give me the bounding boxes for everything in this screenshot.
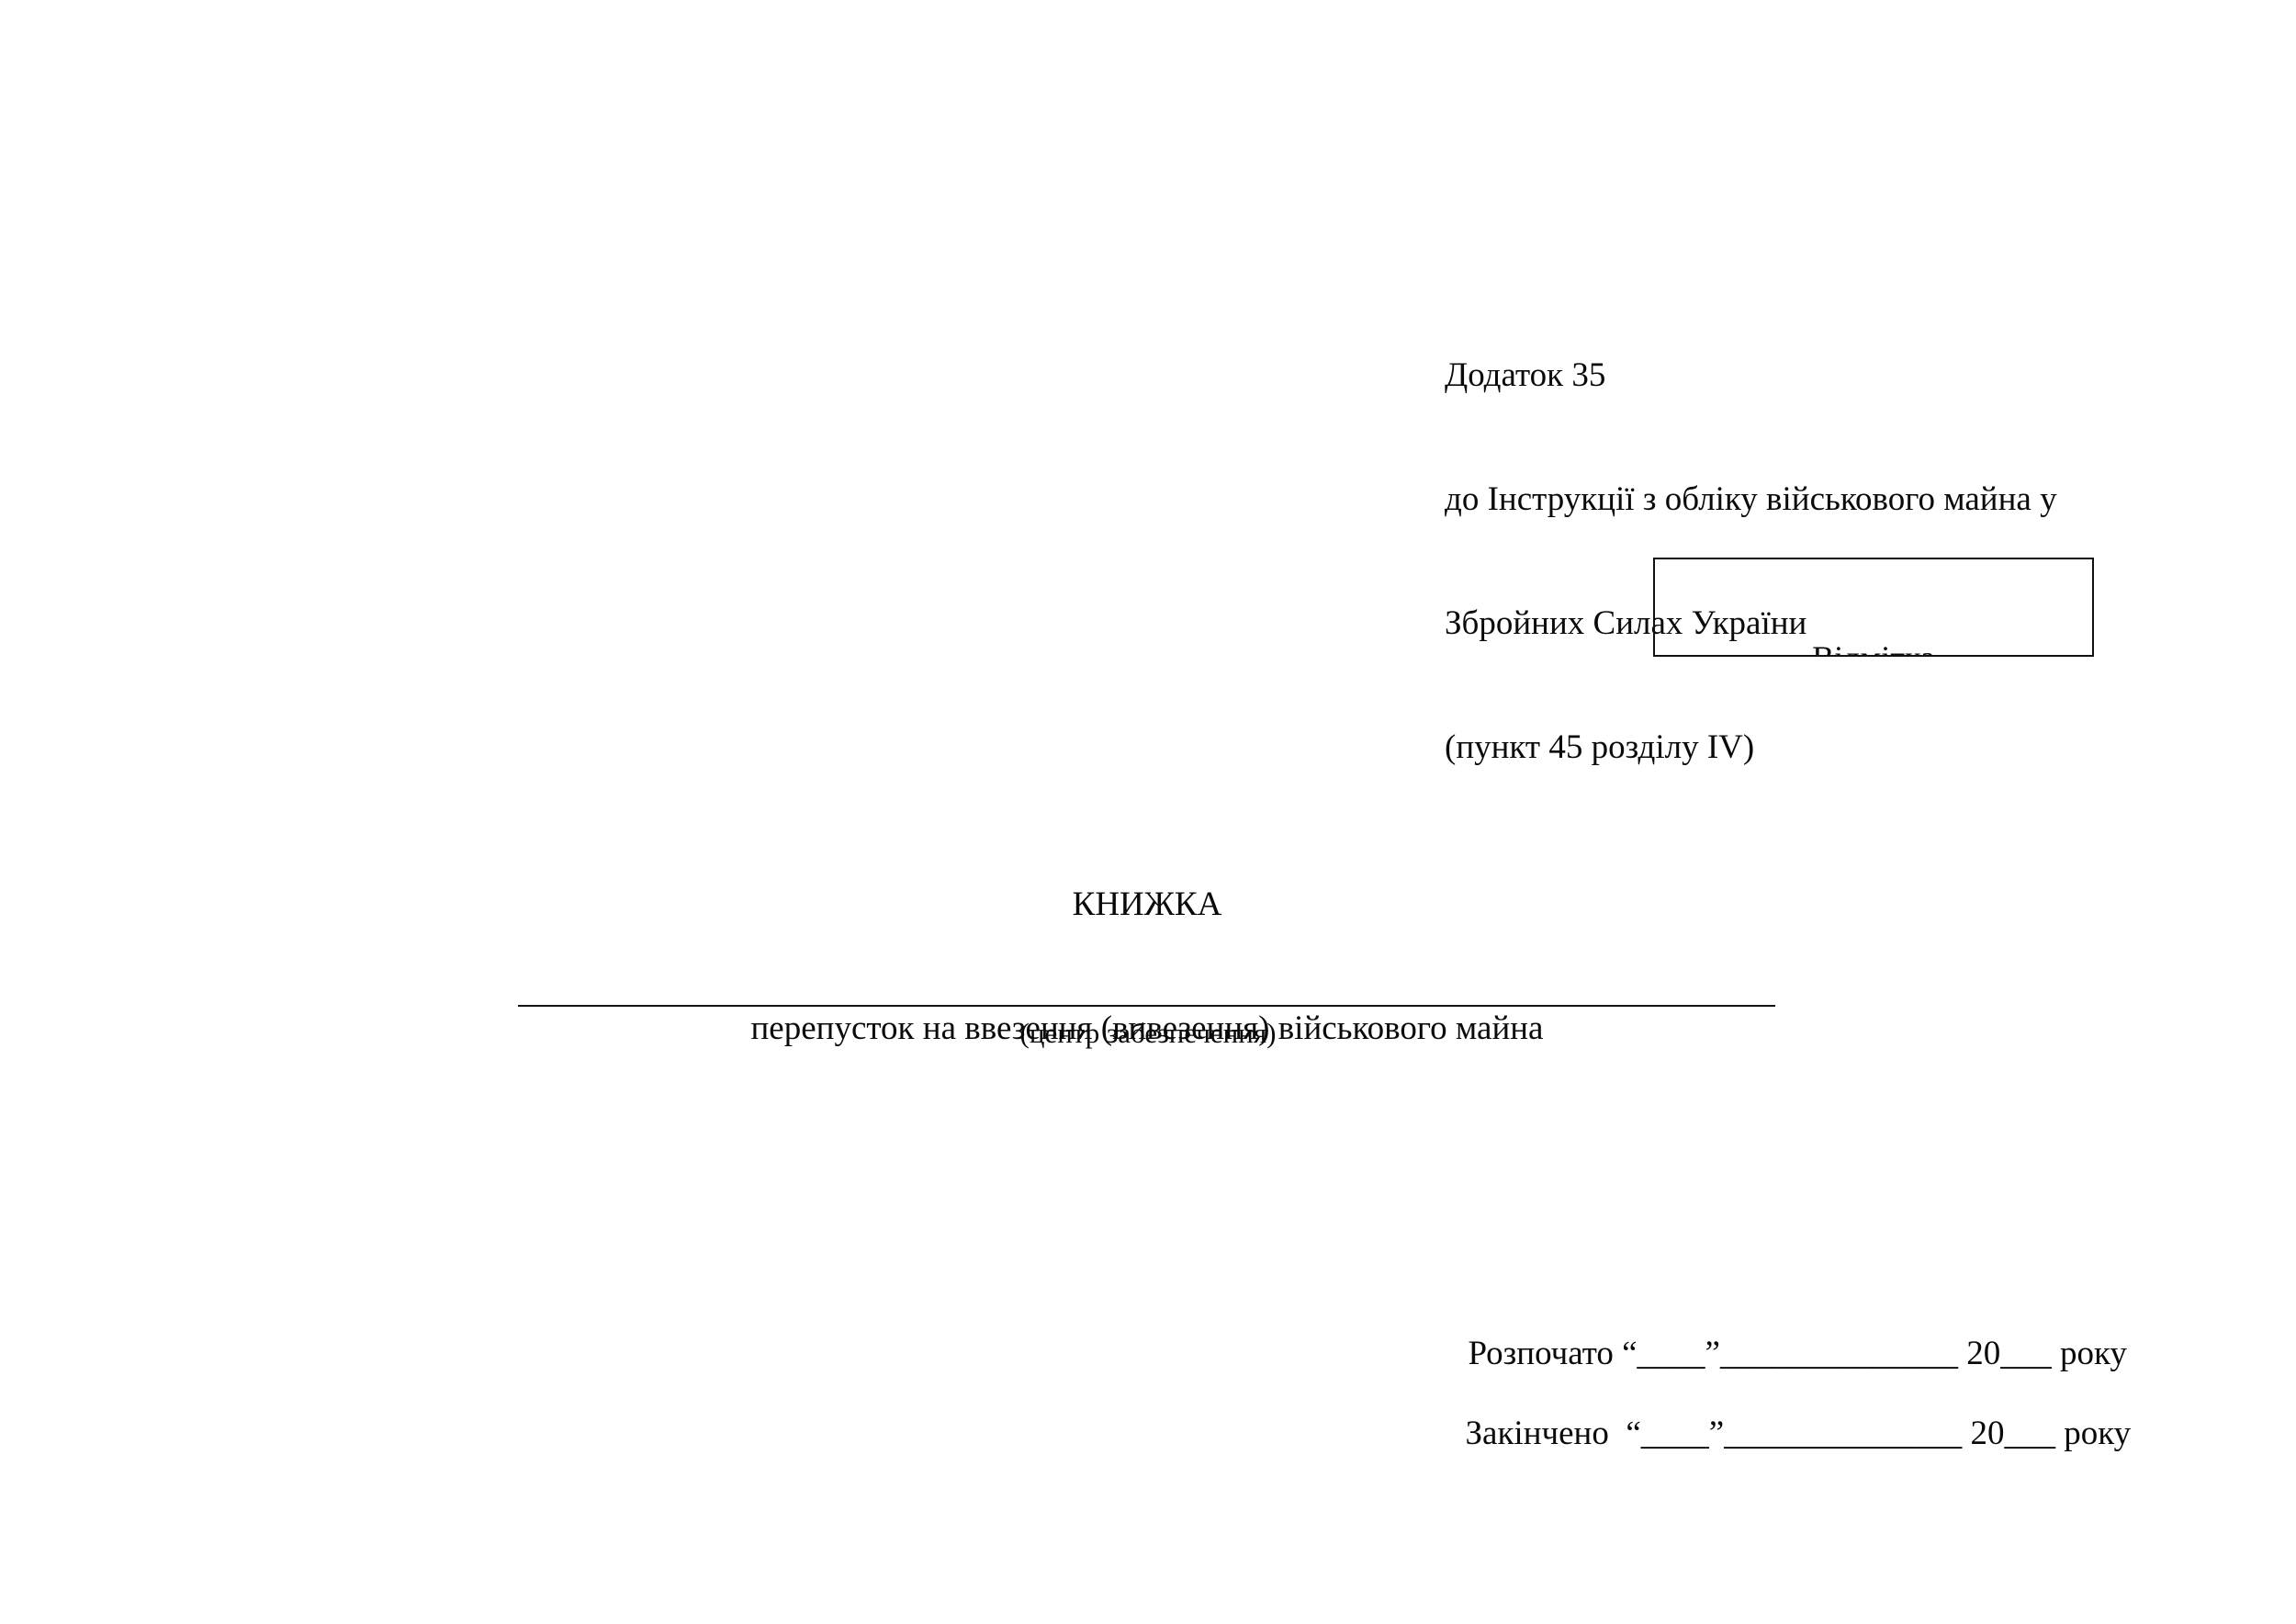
supply-center-caption: (центр забезпечення) — [0, 1017, 2296, 1050]
start-year-suffix: року — [2060, 1335, 2127, 1372]
end-date-label: Закінчено — [1466, 1415, 1609, 1452]
registration-stamp-box: Відмітка про реєстрацію книжки — [1653, 558, 2094, 657]
start-date-label: Розпочато — [1469, 1335, 1614, 1372]
title-heading: КНИЖКА — [0, 884, 2294, 925]
appendix-header: Додаток 35 до Інструкції з обліку військ… — [1445, 272, 2057, 809]
end-date-row: Закінчено “____”______________ 20___ рок… — [1448, 1371, 2131, 1454]
end-year-suffix: року — [2064, 1415, 2131, 1452]
end-day-blank[interactable]: “____” — [1626, 1415, 1724, 1452]
start-year-blank[interactable]: 20___ — [1966, 1335, 2052, 1372]
start-day-blank[interactable]: “____” — [1622, 1335, 1720, 1372]
appendix-clause: (пункт 45 розділу IV) — [1445, 727, 2057, 768]
registration-box-title: Відмітка — [1655, 640, 2092, 657]
start-date-row: Розпочато “____”______________ 20___ рок… — [1451, 1291, 2127, 1374]
supply-center-field[interactable] — [518, 1005, 1775, 1007]
end-month-blank[interactable]: ______________ — [1724, 1415, 1962, 1452]
start-month-blank[interactable]: ______________ — [1720, 1335, 1958, 1372]
end-year-blank[interactable]: 20___ — [1970, 1415, 2055, 1452]
appendix-number: Додаток 35 — [1445, 355, 2057, 396]
appendix-reference-line-1: до Інструкції з обліку військового майна… — [1445, 479, 2057, 520]
